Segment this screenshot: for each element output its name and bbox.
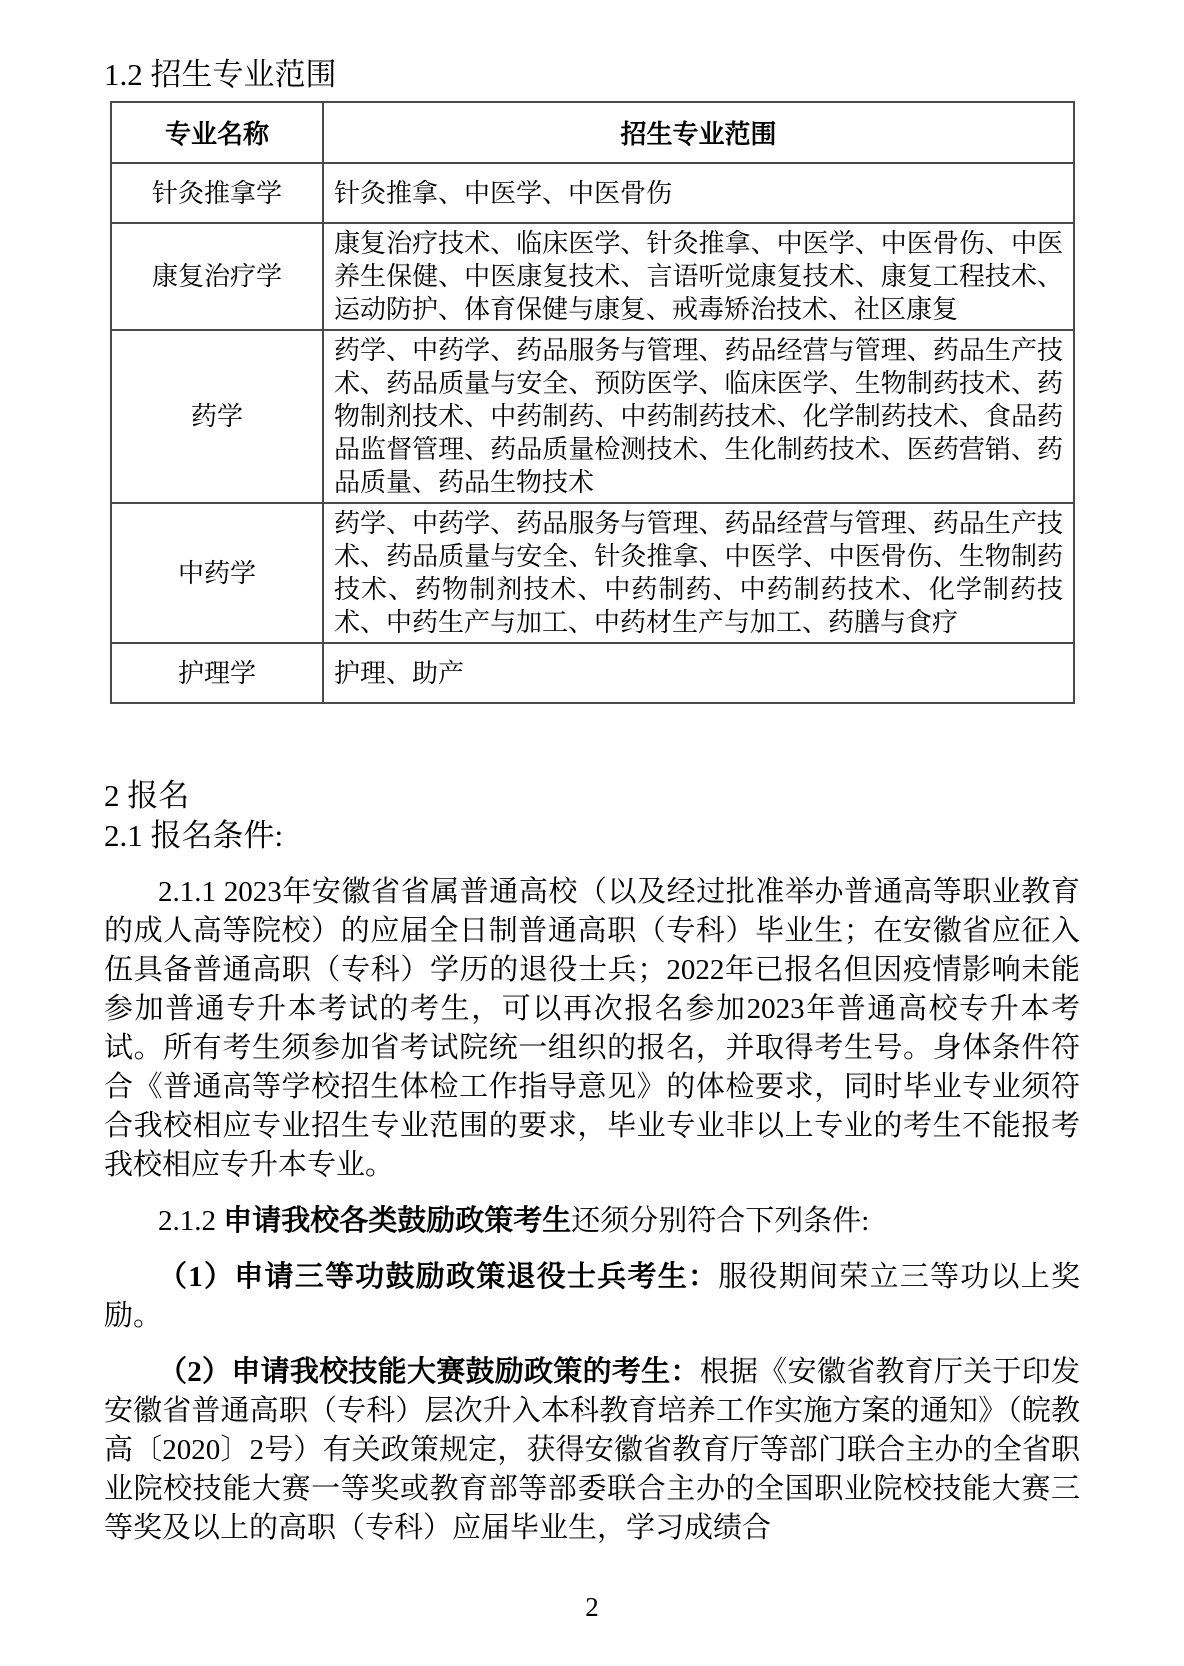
major-scope: 护理、助产 — [323, 643, 1074, 703]
major-scope: 药学、中药学、药品服务与管理、药品经营与管理、药品生产技术、药品质量与安全、预防… — [323, 330, 1074, 503]
major-scope: 康复治疗技术、临床医学、针灸推拿、中医学、中医骨伤、中医养生保健、中医康复技术、… — [323, 223, 1074, 330]
table-row: 护理学 护理、助产 — [111, 643, 1074, 703]
paragraph-2-1-2: 2.1.2 申请我校各类鼓励政策考生还须分别符合下列条件: — [104, 1202, 1080, 1241]
table-row: 药学 药学、中药学、药品服务与管理、药品经营与管理、药品生产技术、药品质量与安全… — [111, 330, 1074, 503]
major-scope: 药学、中药学、药品服务与管理、药品经营与管理、药品生产技术、药品质量与安全、针灸… — [323, 503, 1074, 643]
paragraph-item-2: （2）申请我校技能大赛鼓励政策的考生：根据《安徽省教育厅关于印发安徽省普通高职（… — [104, 1353, 1080, 1548]
table-row: 针灸推拿学 针灸推拿、中医学、中医骨伤 — [111, 163, 1074, 223]
text-run: 2.1.2 — [158, 1205, 223, 1237]
major-scope: 针灸推拿、中医学、中医骨伤 — [323, 163, 1074, 223]
document-page: 1.2 招生专业范围 专业名称 招生专业范围 针灸推拿学 针灸推拿、中医学、中医… — [0, 55, 1184, 1548]
table-row: 康复治疗学 康复治疗技术、临床医学、针灸推拿、中医学、中医骨伤、中医养生保健、中… — [111, 223, 1074, 330]
major-name: 康复治疗学 — [111, 223, 323, 330]
paragraph-item-1: （1）申请三等功鼓励政策退役士兵考生：服役期间荣立三等功以上奖励。 — [104, 1258, 1080, 1336]
text-run: 2.1.1 2023年安徽省省属普通高校（以及经过批准举办普通高等职业教育的成人… — [104, 876, 1080, 1181]
page-number: 2 — [0, 1592, 1184, 1623]
section-heading-2: 2 报名 — [104, 776, 1080, 816]
header-major-name: 专业名称 — [111, 102, 323, 163]
major-name: 药学 — [111, 330, 323, 503]
bold-text-run: 申请我校各类鼓励政策考生 — [223, 1205, 571, 1237]
bold-text-run: （2）申请我校技能大赛鼓励政策的考生： — [158, 1356, 700, 1388]
paragraph-2-1-1: 2.1.1 2023年安徽省省属普通高校（以及经过批准举办普通高等职业教育的成人… — [104, 873, 1080, 1185]
text-run: 还须分别符合下列条件: — [571, 1205, 869, 1237]
major-name: 针灸推拿学 — [111, 163, 323, 223]
major-name: 护理学 — [111, 643, 323, 703]
majors-scope-table: 专业名称 招生专业范围 针灸推拿学 针灸推拿、中医学、中医骨伤 康复治疗学 康复… — [110, 101, 1075, 704]
major-name: 中药学 — [111, 503, 323, 643]
bold-text-run: （1）申请三等功鼓励政策退役士兵考生： — [158, 1261, 718, 1293]
table-row: 中药学 药学、中药学、药品服务与管理、药品经营与管理、药品生产技术、药品质量与安… — [111, 503, 1074, 643]
header-scope: 招生专业范围 — [323, 102, 1074, 163]
section-title-1-2: 1.2 招生专业范围 — [104, 55, 1080, 95]
section-heading-2-1: 2.1 报名条件: — [104, 816, 1080, 856]
table-header-row: 专业名称 招生专业范围 — [111, 102, 1074, 163]
